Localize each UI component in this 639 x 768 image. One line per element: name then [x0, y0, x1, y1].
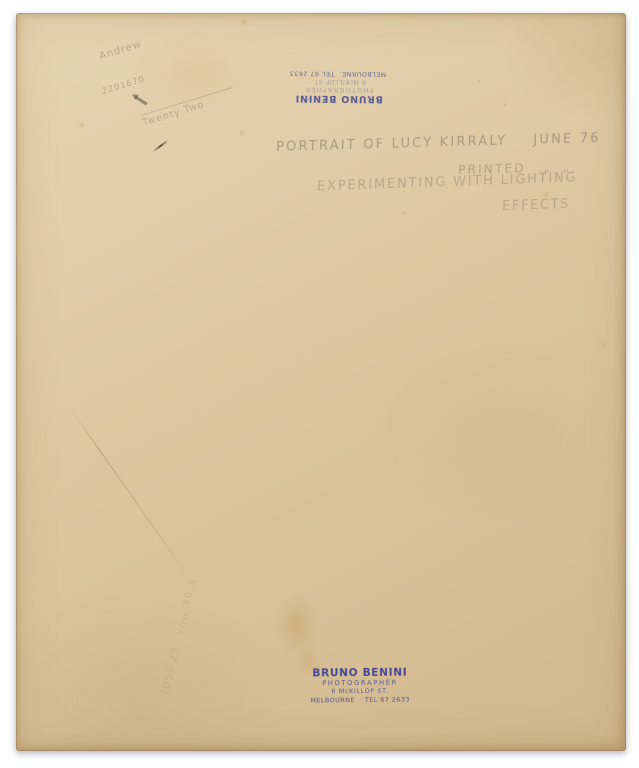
stamp-city-phone: MELBOURNE TEL 67 2633: [304, 695, 416, 704]
stamp-role: PHOTOGRAPHER: [292, 85, 386, 94]
photo-backdrop: Andrew 2201670 Twenty Two BRUNO BENINI P…: [0, 0, 639, 768]
pencil-caption-line4: EFFECTS: [502, 197, 570, 214]
photographer-stamp-inverted: BRUNO BENINI PHOTOGRAPHER 6 McKILLOP ST.…: [292, 60, 386, 105]
stamp-city-phone: MELBOURNE. TEL 67 2633: [292, 69, 386, 78]
pencil-note-line: Twenty Two: [140, 87, 236, 128]
stamp-address: 6 McKILLOP ST.: [292, 77, 386, 85]
photo-verso-paper: Andrew 2201670 Twenty Two BRUNO BENINI P…: [16, 13, 626, 751]
pencil-note-side: (05) 27 Vou 30 4: [160, 557, 205, 696]
stamp-name: BRUNO BENINI: [304, 667, 416, 680]
paper-scratch: [69, 407, 193, 583]
stamp-name: BRUNO BENINI: [292, 93, 386, 105]
photographer-stamp: BRUNO BENINI PHOTOGRAPHER 6 McKILLOP ST.…: [304, 667, 416, 705]
